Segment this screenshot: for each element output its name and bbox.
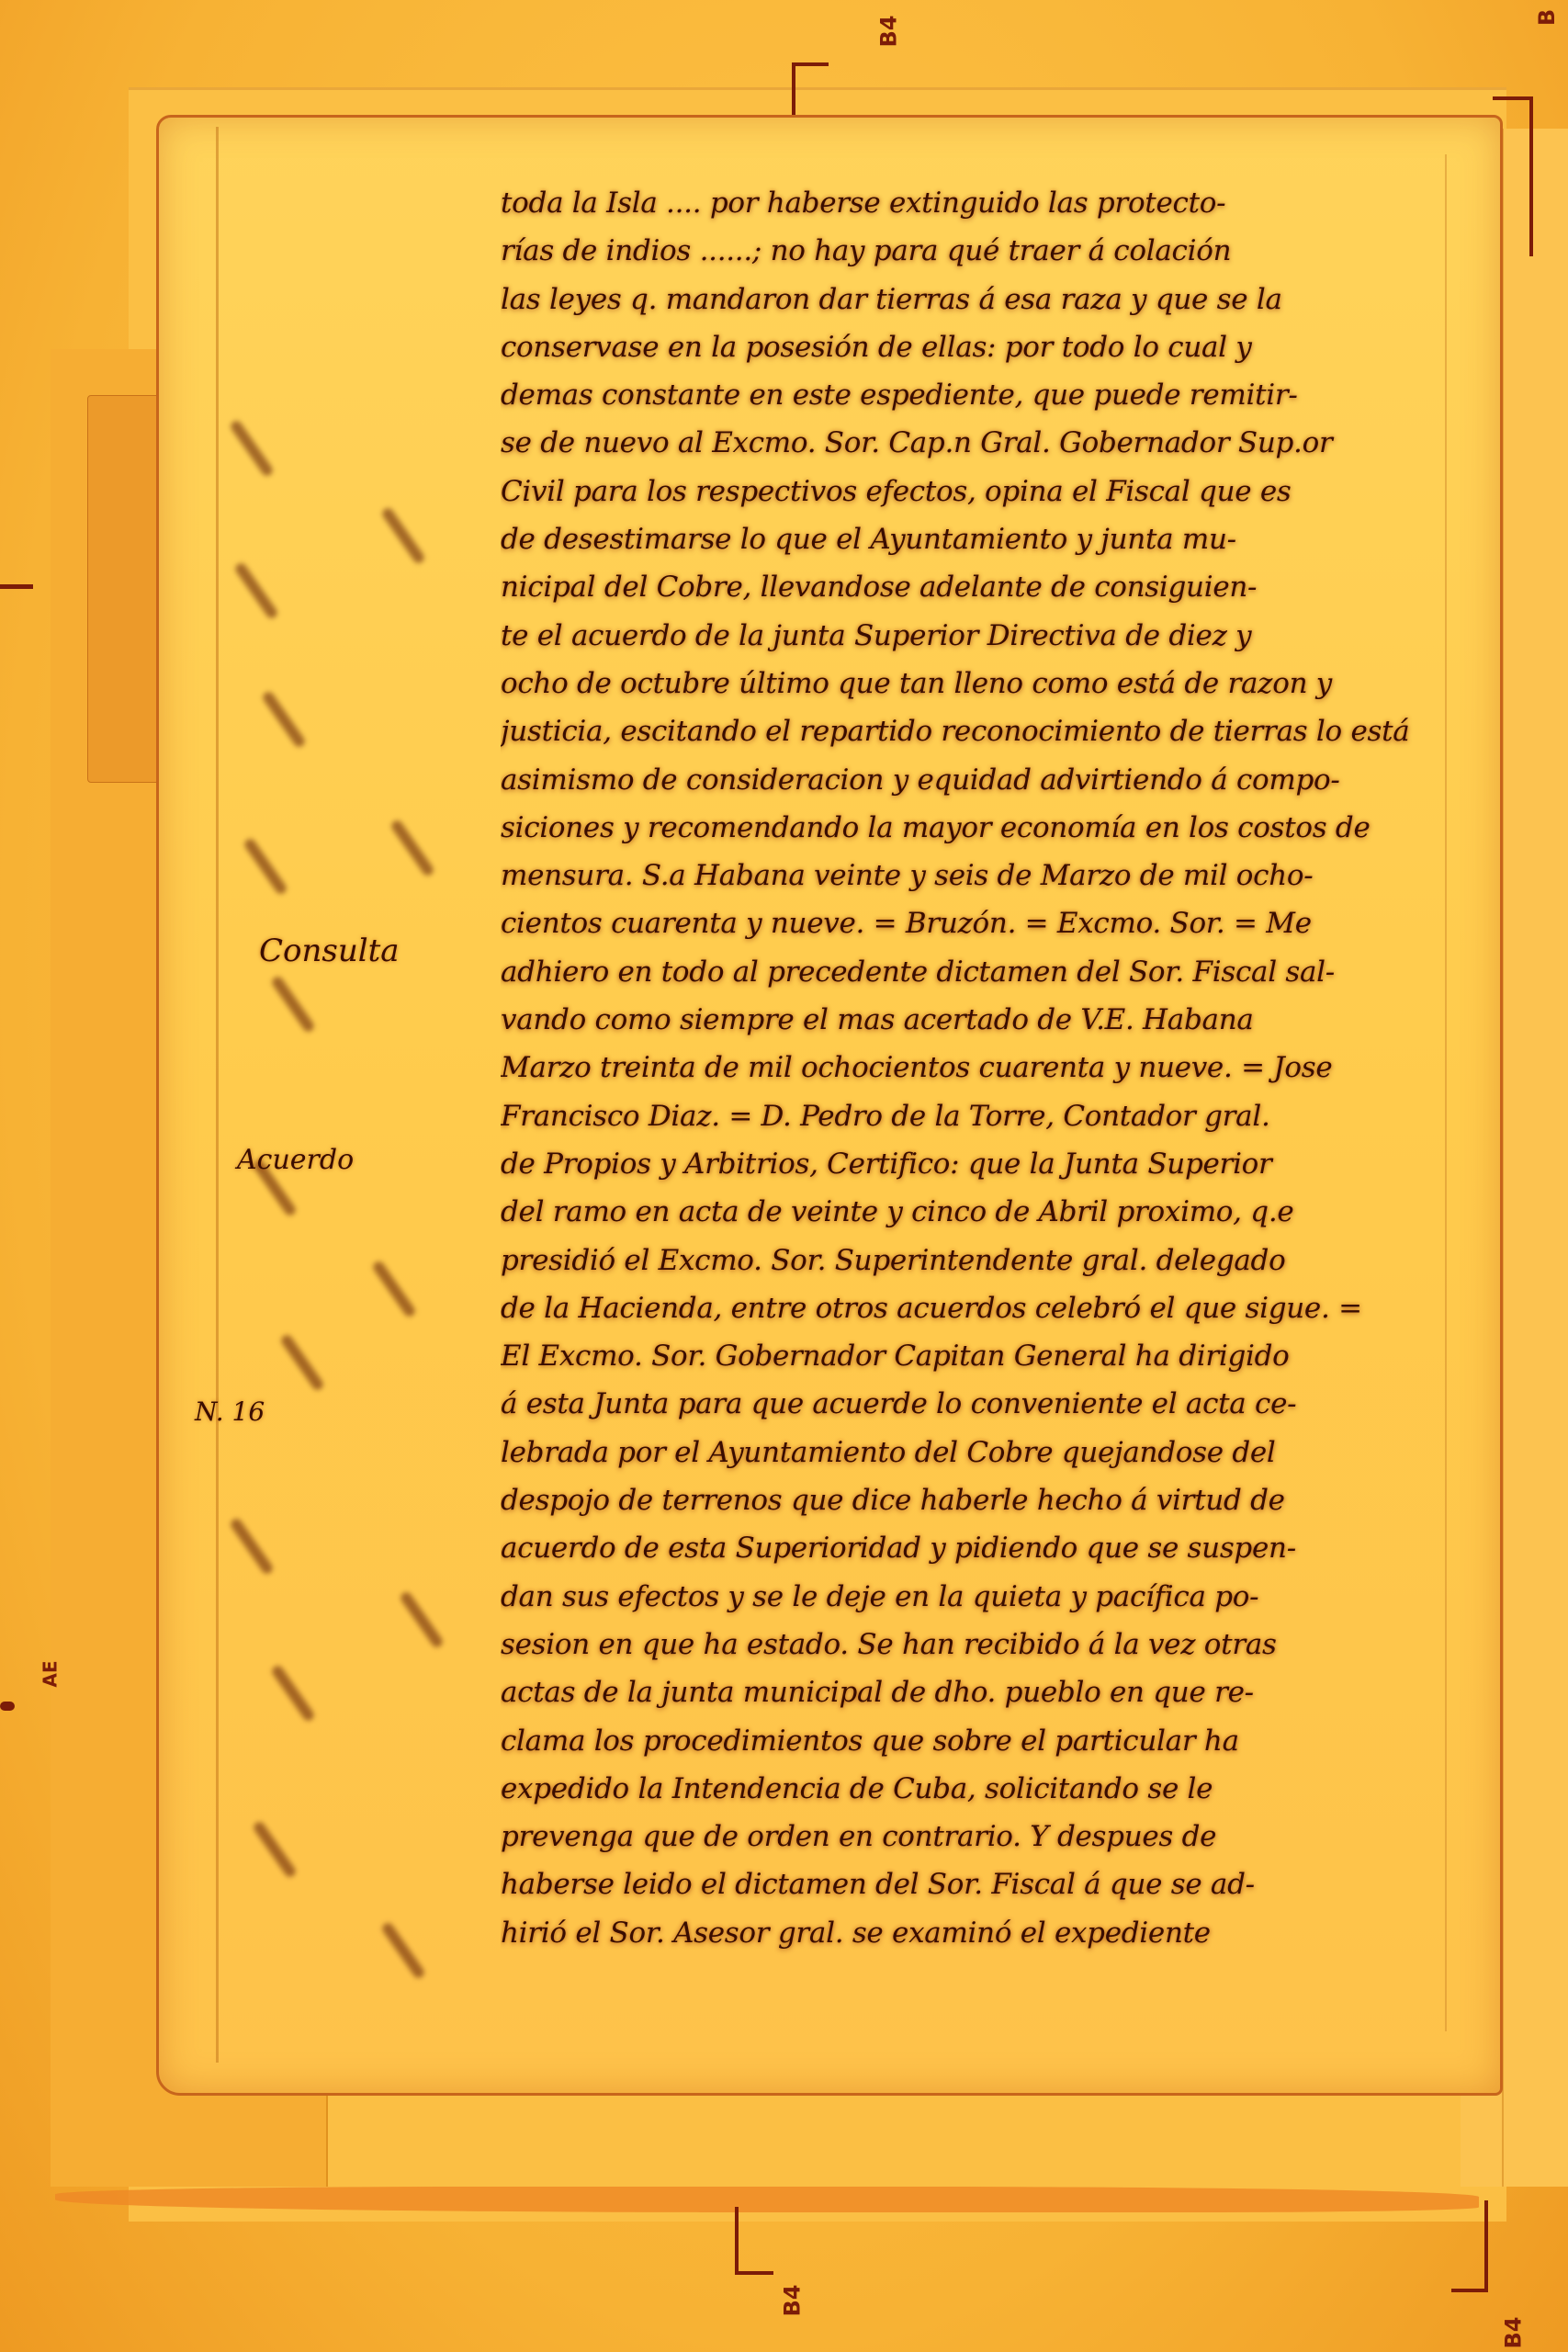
text-line: actas de la junta municipal de dho. pueb… [501,1668,1474,1716]
ink-bleed-mark [380,506,426,565]
text-line: prevenga que de orden en contrario. Y de… [501,1813,1474,1860]
text-line: hirió el Sor. Asesor gral. se examinó el… [501,1909,1474,1957]
text-line: despojo de terrenos que dice haberle hec… [501,1476,1474,1524]
text-line: siciones y recomendando la mayor economí… [501,804,1474,852]
text-line: justicia, escitando el repartido reconoc… [501,707,1474,755]
text-line: Marzo treinta de mil ochocientos cuarent… [501,1044,1474,1091]
crop-mark-label-bottom-left: B4 [780,2285,806,2317]
manuscript-body: toda la Isla .... por haberse extinguido… [501,179,1474,1957]
left-edge-tick-upper [0,584,33,589]
text-line: del ramo en acta de veinte y cinco de Ab… [501,1188,1474,1236]
ink-bleed-mark [233,561,279,620]
text-line: nicipal del Cobre, llevandose adelante d… [501,563,1474,611]
ink-bleed-mark [261,690,307,749]
text-line: asimismo de consideracion y equidad advi… [501,756,1474,804]
text-line: rías de indios ......; no hay para qué t… [501,227,1474,275]
text-line: acuerdo de esta Superioridad y pidiendo … [501,1524,1474,1572]
ink-bleed-mark [252,1820,298,1879]
text-line: lebrada por el Ayuntamiento del Cobre qu… [501,1429,1474,1476]
ink-bleed-mark [270,975,316,1034]
text-line: toda la Isla .... por haberse extinguido… [501,179,1474,227]
margin-note-number: N. 16 [195,1396,265,1427]
text-line: de Propios y Arbitrios, Certifico: que l… [501,1140,1474,1188]
left-edge-label: AE [39,1660,62,1687]
ink-bleed-mark [229,1517,275,1576]
ink-bleed-mark [229,419,275,478]
text-line: ocho de octubre último que tan lleno com… [501,660,1474,707]
crop-mark-label-top-right: B [1534,9,1560,26]
text-line: El Excmo. Sor. Gobernador Capitan Genera… [501,1332,1474,1380]
text-line: conservase en la posesión de ellas: por … [501,323,1474,371]
text-line: demas constante en este espediente, que … [501,371,1474,419]
text-line: adhiero en todo al precedente dictamen d… [501,948,1474,996]
text-line: presidió el Excmo. Sor. Superintendente … [501,1237,1474,1284]
text-line: á esta Junta para que acuerde lo conveni… [501,1380,1474,1428]
text-line: cientos cuarenta y nueve. = Bruzón. = Ex… [501,899,1474,947]
ink-bleed-mark [243,837,288,896]
text-line: dan sus efectos y se le deje en la quiet… [501,1573,1474,1621]
ink-bleed-mark [389,819,435,877]
crop-mark-bottom-left [735,2207,773,2275]
text-line: de la Hacienda, entre otros acuerdos cel… [501,1284,1474,1332]
text-line: Francisco Diaz. = D. Pedro de la Torre, … [501,1092,1474,1140]
crop-mark-label-top-left: B4 [876,16,902,48]
paper-tab [87,395,163,783]
ink-bleed-mark [371,1260,417,1318]
text-line: clama los procedimientos que sobre el pa… [501,1717,1474,1765]
left-edge-tick-lower [0,1702,15,1711]
ink-bleed-mark [270,1664,316,1723]
text-line: Civil para los respectivos efectos, opin… [501,468,1474,515]
margin-note-acuerdo: Acuerdo [237,1144,354,1176]
margin-rule-left [216,127,219,2063]
text-line: las leyes q. mandaron dar tierras á esa … [501,276,1474,323]
text-line: expedido la Intendencia de Cuba, solicit… [501,1765,1474,1813]
ink-bleed-mark [399,1590,445,1649]
crop-mark-label-bottom-right: B4 [1501,2317,1527,2349]
margin-note-consulta: Consulta [259,933,400,969]
text-line: vando como siempre el mas acertado de V.… [501,996,1474,1044]
text-line: te el acuerdo de la junta Superior Direc… [501,612,1474,660]
text-line: haberse leido el dictamen del Sor. Fisca… [501,1860,1474,1908]
ink-bleed-mark [279,1333,325,1392]
crop-mark-bottom-right [1451,2200,1488,2292]
text-line: se de nuevo al Excmo. Sor. Cap.n Gral. G… [501,419,1474,467]
text-line: sesion en que ha estado. Se han recibido… [501,1621,1474,1668]
text-line: de desestimarse lo que el Ayuntamiento y… [501,515,1474,563]
ink-bleed-mark [380,1921,426,1980]
text-line: mensura. S.a Habana veinte y seis de Mar… [501,852,1474,899]
